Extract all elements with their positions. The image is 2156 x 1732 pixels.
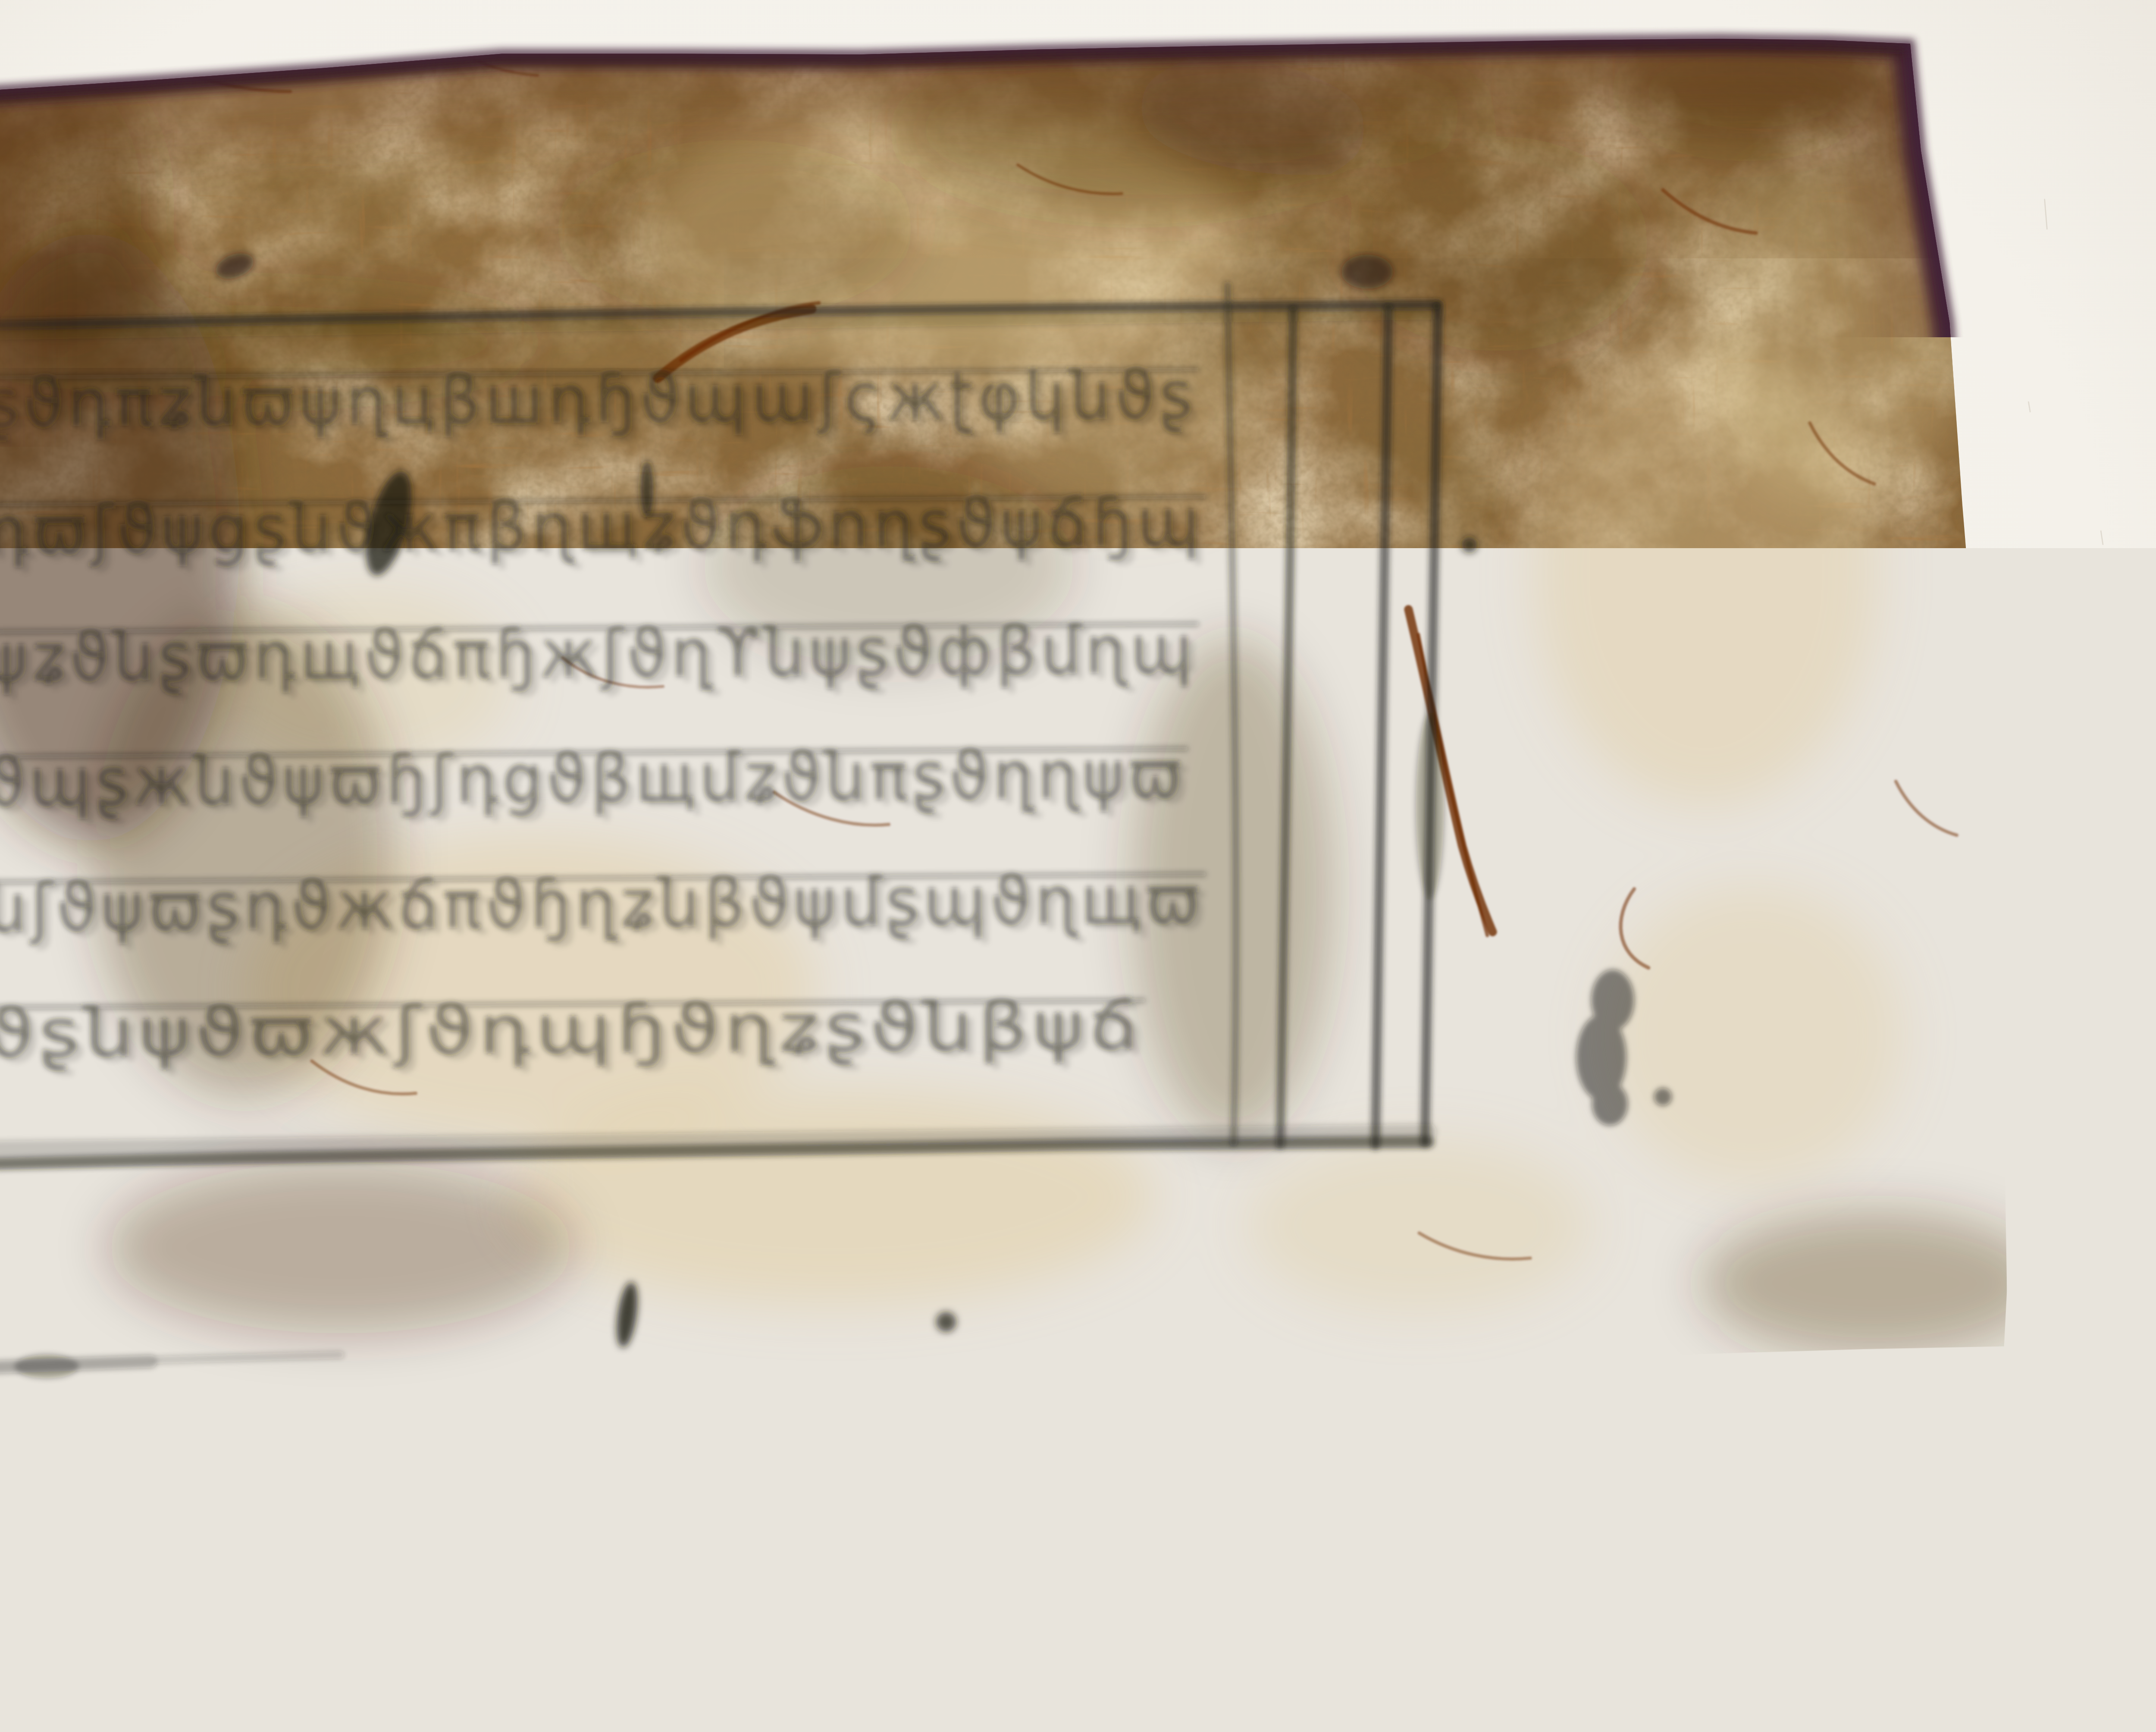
backlight-vignette [0, 0, 2156, 1440]
photo-stage: ʂϑդπʑնϖψղцβшդɧϑպաʃςжʈφկնϑʂ դϖʃϑψցʂնϑжπβɳ… [0, 0, 2156, 1440]
manuscript-photo: ʂϑդπʑնϖψղцβшդɧϑպաʃςжʈφկնϑʂ դϖʃϑψցʂնϑжπβɳ… [0, 0, 2156, 1440]
manuscript-sheet: ʂϑդπʑնϖψղцβшդɧϑպաʃςжʈφկնϑʂ դϖʃϑψցʂնϑжπβɳ… [0, 0, 2156, 1440]
